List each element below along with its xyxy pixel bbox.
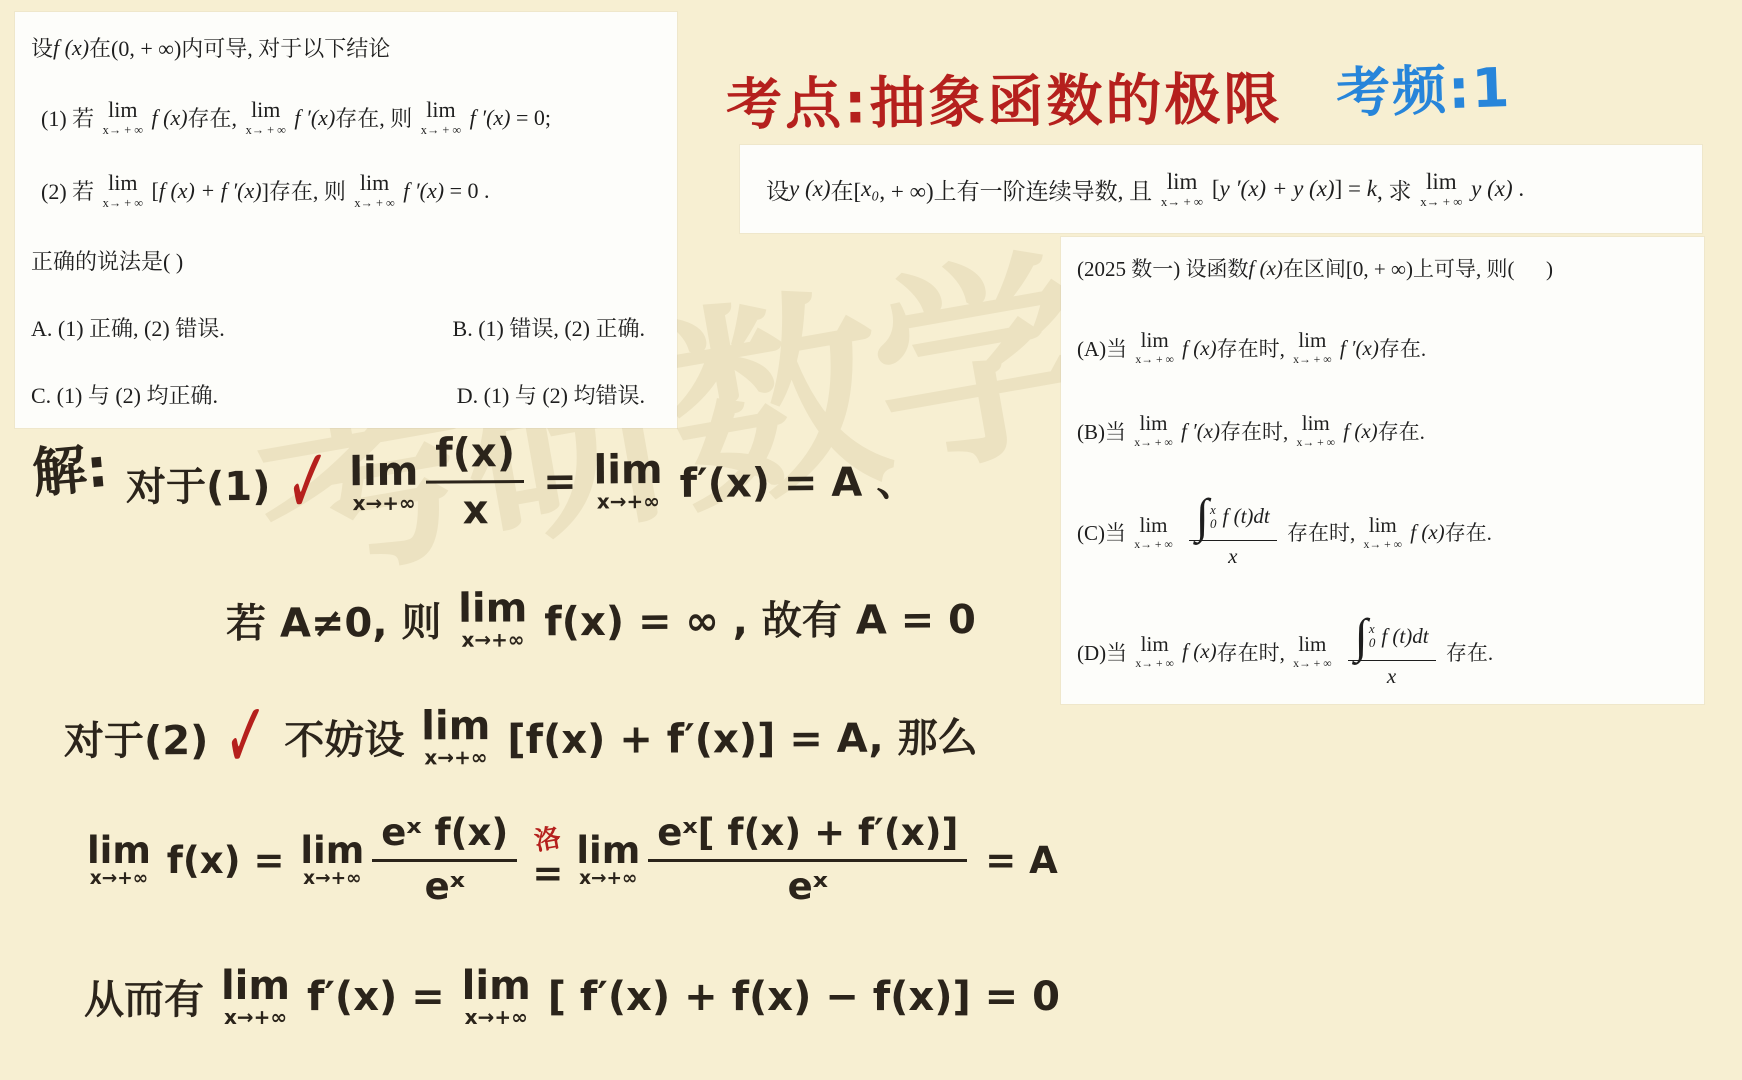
text-segment: f′(x) =	[293, 974, 459, 1020]
text-segment: , 求	[1377, 173, 1417, 206]
limit-operator: limx→ + ∞	[421, 99, 461, 136]
integral-lower: 0	[1210, 517, 1217, 530]
solution-line-4: limx→+∞ f(x) = limx→+∞eˣ f(x)eˣ洛=limx→+∞…	[84, 812, 1058, 908]
solution-line-5: 从而有 limx→+∞ f′(x) = limx→+∞ [ f′(x) + f(…	[84, 966, 1060, 1027]
limit-operator: limx→ + ∞	[1134, 515, 1173, 551]
limit-operator: limx→ + ∞	[246, 99, 286, 136]
integral: ∫x0f (t)dt	[1196, 496, 1270, 537]
limit-operator: limx→ + ∞	[1297, 413, 1336, 449]
limit-operator: limx→ + ∞	[1293, 634, 1332, 670]
limit-word: lim	[349, 452, 418, 492]
math-italic-segment: y (x)	[789, 176, 831, 202]
limit-word: lim	[251, 99, 280, 121]
option-c: C. (1) 与 (2) 均正确.	[31, 379, 218, 410]
fraction: ∫x0f (t)dtx	[1348, 616, 1436, 688]
limit-operator: limx→+∞	[458, 588, 527, 649]
integral-sign-icon: ∫	[1196, 496, 1209, 537]
math-italic-segment: f ′(x)	[289, 105, 335, 131]
integral: ∫x0f (t)dt	[1355, 616, 1429, 657]
text-segment: 在[	[831, 173, 862, 206]
fraction: eˣ[ f(x) + f′(x)]eˣ	[648, 812, 967, 908]
math-italic-segment: f (x)	[146, 105, 188, 131]
limit-operator: limx→+∞	[349, 452, 419, 513]
options-row-ab: A. (1) 正确, (2) 错误. B. (1) 错误, (2) 正确.	[31, 312, 661, 343]
math-italic-segment: f (x)	[1405, 520, 1445, 545]
limit-word: lim	[360, 172, 389, 194]
fraction-denominator: eˣ	[788, 862, 828, 909]
text-segment: eˣ	[425, 865, 465, 908]
option-2025-b: (B)当 limx→ + ∞ f ′(x)存在时, limx→ + ∞ f (x…	[1077, 413, 1694, 449]
limit-subscript: x→+∞	[352, 493, 415, 513]
limit-subscript: x→ + ∞	[1135, 658, 1174, 670]
fraction-numerator: f(x)	[426, 430, 524, 484]
text-segment: 存在,	[188, 102, 243, 133]
limit-operator: limx→+∞	[593, 450, 663, 511]
math-italic-segment: y ′(x) + y (x)	[1220, 176, 1335, 202]
text-segment: =	[529, 458, 591, 504]
integral-body: f (t)dt	[1223, 506, 1270, 527]
frequency-annotation: 考频:1	[1335, 45, 1513, 128]
solution-line-1: 对于(1)✓limx→+∞f(x)x = limx→+∞ f′(x) = A 、	[126, 427, 917, 536]
math-italic-segment: y (x)	[1465, 176, 1512, 202]
limit-subscript: x→ + ∞	[1293, 658, 1332, 670]
question-line: 正确的说法是( )	[31, 245, 661, 276]
limit-subscript: x→+∞	[461, 629, 524, 649]
fraction-numerator: ∫x0f (t)dt	[1189, 496, 1277, 541]
limit-word: lim	[108, 99, 137, 121]
text-segment: 存在时,	[1217, 637, 1291, 667]
limit-word: lim	[462, 966, 531, 1006]
text-segment: eˣ[ f(x) + f′(x)]	[657, 812, 958, 855]
limit-subscript: x→+∞	[90, 870, 148, 889]
text-segment: 若 A≠0, 则	[226, 591, 456, 649]
limit-operator: limx→ + ∞	[1135, 330, 1174, 366]
limit-operator: limx→+∞	[421, 706, 490, 767]
lecture-slide: 考研数学 设f (x)在(0, + ∞)内可导, 对于以下结论 (1) 若 li…	[0, 0, 1742, 1080]
text-segment: f(x) =	[154, 839, 297, 882]
options-row-cd: C. (1) 与 (2) 均正确. D. (1) 与 (2) 均错误.	[31, 379, 661, 410]
lhopital-equals: 洛=	[532, 828, 563, 892]
limit-operator: limx→+∞	[87, 832, 151, 889]
text-segment: f′(x) = A 、	[666, 450, 917, 509]
option-2025-c: (C)当 limx→ + ∞∫x0f (t)dtx 存在时, limx→ + ∞…	[1077, 496, 1694, 568]
math-italic-segment: f (x)	[1338, 419, 1378, 444]
text-segment: 在区间[0, + ∞)上可导, 则( )	[1283, 253, 1553, 283]
math-italic-segment: x	[1387, 664, 1396, 688]
limit-subscript: x→ + ∞	[1420, 196, 1462, 209]
text-segment: 存在时,	[1282, 517, 1361, 547]
math-italic-segment: f ′(x)	[1335, 336, 1379, 361]
math-italic-segment: f (x)	[1249, 256, 1283, 281]
limit-word: lim	[576, 832, 640, 869]
fraction-numerator: ∫x0f (t)dt	[1348, 616, 1436, 661]
math-italic-segment: x	[1228, 544, 1237, 568]
limit-operator: limx→ + ∞	[1135, 634, 1174, 670]
text-segment: (B)当	[1077, 416, 1131, 446]
limit-word: lim	[87, 832, 151, 869]
text-segment: 存在.	[1378, 416, 1425, 446]
math-italic-segment: f (x)	[1177, 336, 1217, 361]
text-segment: (2) 若	[41, 175, 100, 206]
text-segment: x	[462, 487, 488, 533]
math-italic-segment: f ′(x)	[464, 105, 510, 131]
text-segment: , + ∞)上有一阶连续导数, 且	[879, 173, 1158, 206]
problem-box-conclusions: 设f (x)在(0, + ∞)内可导, 对于以下结论 (1) 若 limx→ +…	[15, 12, 677, 428]
limit-subscript: x→ + ∞	[354, 197, 394, 209]
limit-operator: limx→ + ∞	[354, 172, 394, 209]
limit-subscript: x→ + ∞	[1134, 437, 1173, 449]
limit-subscript: x→ + ∞	[1134, 539, 1173, 551]
text-segment: (2025 数一) 设函数	[1077, 253, 1249, 283]
text-segment: 存在时,	[1220, 416, 1294, 446]
limit-subscript: x→ + ∞	[421, 124, 461, 136]
text-segment: 存在.	[1441, 637, 1494, 667]
text-segment: (1) 若	[41, 102, 100, 133]
problem-yx-line: 设y (x)在[x₀, + ∞)上有一阶连续导数, 且 limx→ + ∞ [y…	[766, 170, 1524, 209]
check-mark-icon: ✓	[224, 680, 269, 790]
math-italic-segment: f (x) + f ′(x)	[159, 178, 262, 204]
text-segment: f(x) = ∞ , 故有 A = 0	[530, 588, 976, 647]
limit-word: lim	[1369, 515, 1397, 536]
equals-sign: =	[532, 855, 563, 892]
fraction-numerator: eˣ f(x)	[372, 812, 517, 862]
solution-line-3: 对于(2)✓不妨设 limx→+∞ [f(x) + f′(x)] = A, 那么	[64, 698, 978, 774]
math-italic-segment: k	[1367, 176, 1377, 202]
fraction: ∫x0f (t)dtx	[1189, 496, 1277, 568]
limit-subscript: x→ + ∞	[1297, 437, 1336, 449]
limit-subscript: x→ + ∞	[1364, 539, 1403, 551]
fraction-denominator: eˣ	[425, 862, 465, 909]
option-2025-d: (D)当 limx→ + ∞ f (x)存在时, limx→ + ∞∫x0f (…	[1077, 616, 1694, 688]
text-segment: 对于(2)	[64, 709, 209, 767]
limit-word: lim	[1141, 634, 1169, 655]
limit-word: lim	[458, 588, 527, 628]
limit-subscript: x→+∞	[224, 1007, 287, 1027]
text-segment: ] =	[1335, 176, 1367, 202]
option-b: B. (1) 错误, (2) 正确.	[453, 312, 645, 343]
text-segment: .	[1513, 176, 1525, 202]
solution-line-2: 若 A≠0, 则 limx→+∞ f(x) = ∞ , 故有 A = 0	[226, 586, 976, 651]
option-2025-a: (A)当 limx→ + ∞ f (x)存在时, limx→ + ∞ f ′(x…	[1077, 330, 1694, 366]
limit-subscript: x→ + ∞	[246, 124, 286, 136]
fraction-numerator: eˣ[ f(x) + f′(x)]	[648, 812, 967, 862]
problem-2025-header: (2025 数一) 设函数f (x)在区间[0, + ∞)上可导, 则( )	[1077, 253, 1694, 283]
limit-operator: limx→ + ∞	[103, 99, 143, 136]
text-segment: 从而有	[84, 968, 218, 1025]
limit-word: lim	[1302, 413, 1330, 434]
check-mark-icon: ✓	[286, 426, 331, 536]
limit-word: lim	[1141, 330, 1169, 351]
limit-word: lim	[421, 706, 490, 746]
limit-operator: limx→ + ∞	[1420, 170, 1462, 209]
text-segment: [	[146, 178, 159, 204]
limit-word: lim	[1140, 413, 1168, 434]
option-d: D. (1) 与 (2) 均错误.	[457, 379, 645, 410]
solution-label: 解:	[29, 425, 111, 508]
lhopital-label: 洛	[533, 826, 563, 856]
integral-upper: x	[1210, 503, 1217, 516]
math-italic-segment: f ′(x)	[398, 178, 444, 204]
limit-operator: limx→+∞	[576, 832, 640, 889]
math-italic-segment: f (x)	[53, 35, 89, 61]
limit-word: lim	[1167, 170, 1198, 193]
limit-subscript: x→+∞	[424, 747, 487, 767]
text-segment: 设	[31, 32, 53, 63]
fraction-denominator: x	[462, 483, 488, 533]
limit-subscript: x→ + ∞	[103, 124, 143, 136]
limit-subscript: x→+∞	[303, 870, 361, 889]
text-segment: (A)当	[1077, 333, 1132, 363]
text-segment: 存在.	[1379, 333, 1426, 363]
text-segment: [f(x) + f′(x)] = A, 那么	[493, 706, 977, 765]
limit-subscript: x→ + ∞	[1293, 354, 1332, 366]
conclusion-2: (2) 若 limx→ + ∞ [f (x) + f ′(x)]存在, 则 li…	[31, 172, 661, 209]
limit-operator: limx→ + ∞	[1161, 170, 1203, 209]
text-segment: ]存在, 则	[262, 175, 352, 206]
limit-operator: limx→ + ∞	[1293, 330, 1332, 366]
integral-sign-icon: ∫	[1355, 616, 1368, 657]
limit-word: lim	[108, 172, 137, 194]
text-segment: = A	[972, 839, 1057, 882]
text-segment: f(x)	[435, 430, 515, 477]
math-italic-segment: f ′(x)	[1176, 419, 1220, 444]
fraction: f(x)x	[426, 430, 524, 534]
fraction: eˣ f(x)eˣ	[372, 812, 517, 908]
math-italic-segment: f (x)	[1177, 639, 1217, 664]
option-a: A. (1) 正确, (2) 错误.	[31, 312, 225, 343]
integral-limits: x0	[1368, 621, 1382, 651]
conclusion-1: (1) 若 limx→ + ∞ f (x)存在, limx→ + ∞ f ′(x…	[31, 99, 661, 136]
limit-subscript: x→ + ∞	[1161, 196, 1203, 209]
limit-word: lim	[593, 450, 662, 490]
limit-word: lim	[1298, 330, 1326, 351]
text-segment: 设	[766, 173, 789, 206]
problem-intro: 设f (x)在(0, + ∞)内可导, 对于以下结论	[31, 32, 661, 63]
text-segment: = 0;	[510, 105, 551, 131]
fraction-denominator: x	[1228, 541, 1237, 568]
limit-word: lim	[300, 832, 364, 869]
limit-operator: limx→ + ∞	[103, 172, 143, 209]
integral-upper: x	[1369, 622, 1376, 635]
text-segment: 不妨设	[284, 708, 418, 765]
limit-subscript: x→+∞	[579, 870, 637, 889]
text-segment: eˣ f(x)	[381, 812, 508, 855]
fraction-denominator: x	[1387, 661, 1396, 688]
topic-annotation: 考点:抽象函数的极限	[726, 55, 1283, 141]
integral-body: f (t)dt	[1381, 626, 1428, 647]
text-segment: 对于(1)	[126, 455, 271, 513]
limit-operator: limx→+∞	[221, 966, 290, 1027]
text-segment: 存在.	[1445, 517, 1492, 547]
text-segment: [	[1206, 176, 1219, 202]
text-segment: 存在时,	[1217, 333, 1291, 363]
limit-word: lim	[1140, 515, 1168, 536]
limit-operator: limx→+∞	[462, 966, 531, 1027]
problem-box-yx: 设y (x)在[x₀, + ∞)上有一阶连续导数, 且 limx→ + ∞ [y…	[740, 145, 1702, 233]
text-segment: eˣ	[788, 865, 828, 908]
limit-subscript: x→ + ∞	[1135, 354, 1174, 366]
limit-subscript: x→+∞	[465, 1007, 528, 1027]
limit-operator: limx→+∞	[300, 832, 364, 889]
text-segment: (D)当	[1077, 637, 1132, 667]
limit-word: lim	[426, 99, 455, 121]
text-segment: = 0 .	[444, 178, 489, 204]
problem-box-2025: (2025 数一) 设函数f (x)在区间[0, + ∞)上可导, 则( ) (…	[1061, 237, 1704, 704]
limit-word: lim	[221, 966, 290, 1006]
limit-subscript: x→ + ∞	[103, 197, 143, 209]
limit-subscript: x→+∞	[597, 491, 660, 511]
text-segment: 在(0, + ∞)内可导, 对于以下结论	[89, 32, 390, 63]
math-italic-segment: x₀	[861, 176, 879, 202]
text-segment: (C)当	[1077, 517, 1131, 547]
text-segment: [ f′(x) + f(x) − f(x)] = 0	[534, 974, 1060, 1020]
limit-word: lim	[1298, 634, 1326, 655]
limit-word: lim	[1426, 170, 1457, 193]
text-segment: 存在, 则	[335, 102, 418, 133]
integral-lower: 0	[1369, 636, 1376, 649]
integral-limits: x0	[1209, 502, 1223, 532]
limit-operator: limx→ + ∞	[1134, 413, 1173, 449]
limit-operator: limx→ + ∞	[1364, 515, 1403, 551]
